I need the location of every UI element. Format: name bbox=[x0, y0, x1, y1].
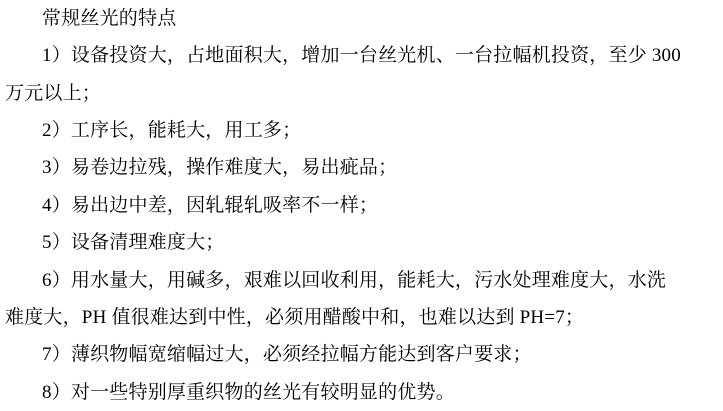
item-6-line-2: 难度大，PH 值很难达到中性，必须用醋酸中和，也难以达到 PH=7； bbox=[5, 299, 721, 336]
item-4: 4）易出边中差，因轧辊轧吸率不一样； bbox=[5, 187, 721, 224]
item-3: 3）易卷边拉残，操作难度大，易出疵品； bbox=[5, 149, 721, 186]
item-8: 8）对一些特别厚重织物的丝光有较明显的优势。 bbox=[5, 374, 721, 411]
document-page: 常规丝光的特点 1）设备投资大，占地面积大，增加一台丝光机、一台拉幅机投资，至少… bbox=[0, 0, 723, 411]
item-1-line-1: 1）设备投资大，占地面积大，增加一台丝光机、一台拉幅机投资，至少 300 bbox=[5, 37, 721, 74]
item-6-line-1: 6）用水量大，用碱多，艰难以回收利用，能耗大，污水处理难度大，水洗 bbox=[5, 262, 721, 299]
document-title: 常规丝光的特点 bbox=[5, 0, 721, 37]
item-2: 2）工序长，能耗大，用工多； bbox=[5, 112, 721, 149]
item-7: 7）薄织物幅宽缩幅过大，必须经拉幅方能达到客户要求； bbox=[5, 336, 721, 373]
item-1-line-2: 万元以上； bbox=[5, 75, 721, 112]
item-5: 5）设备清理难度大； bbox=[5, 224, 721, 261]
